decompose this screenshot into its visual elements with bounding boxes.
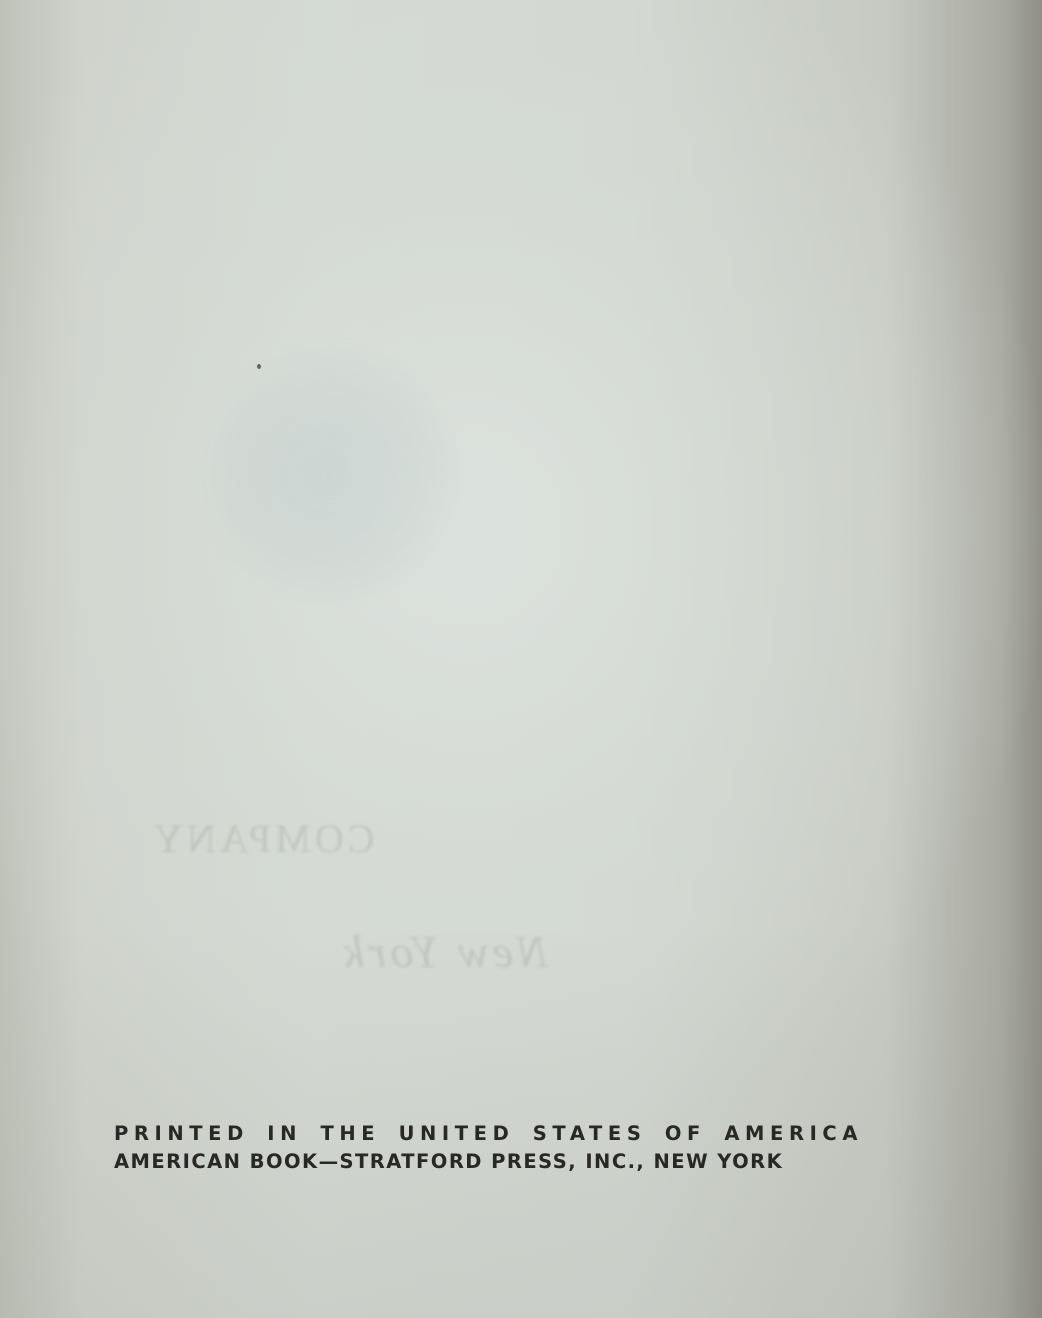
- imprint-line-printer: AMERICAN BOOK—STRATFORD PRESS, INC., NEW…: [114, 1148, 894, 1176]
- show-through-city-text: New York: [340, 925, 548, 978]
- show-through-emblem: [195, 340, 465, 610]
- show-through-company-text: COMPANY: [150, 815, 374, 862]
- imprint-line-printed-in: PRINTED IN THE UNITED STATES OF AMERICA: [114, 1120, 894, 1148]
- printer-imprint: PRINTED IN THE UNITED STATES OF AMERICA …: [114, 1120, 894, 1176]
- paper-speck: [257, 364, 261, 369]
- book-page: COMPANY New York PRINTED IN THE UNITED S…: [0, 0, 1042, 1318]
